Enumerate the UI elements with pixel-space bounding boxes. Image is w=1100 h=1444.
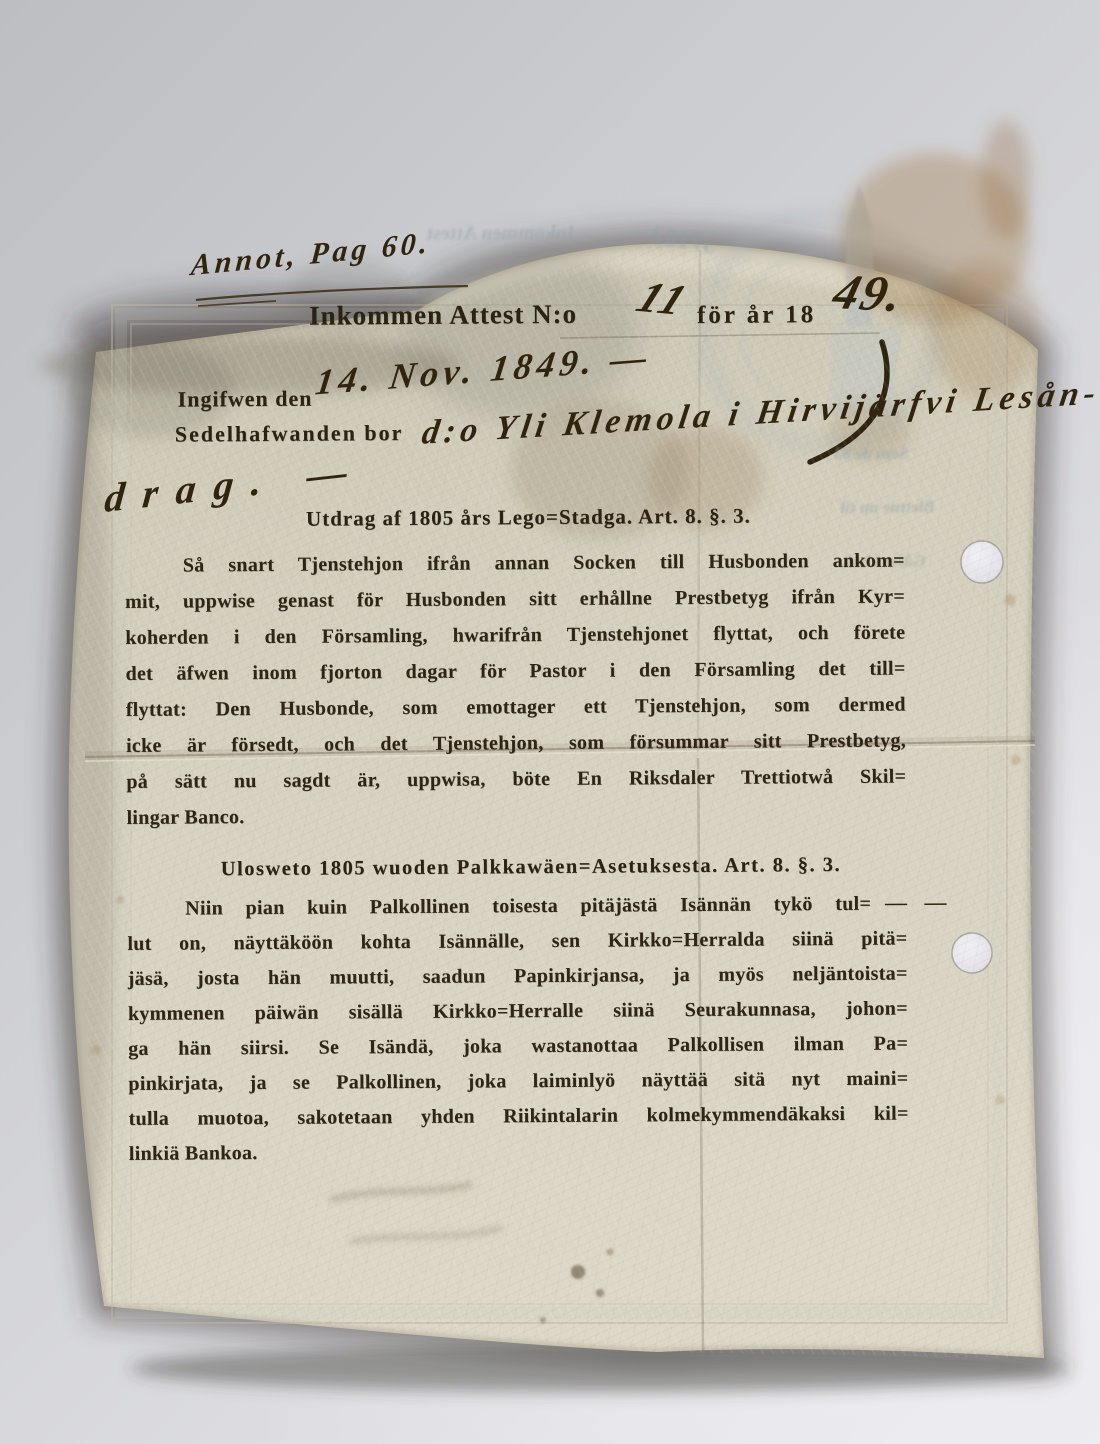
ingifwen-label: Ingifwen den: [178, 386, 313, 413]
swedish-line: flyttat: Den Husbonde, som emottager ett…: [126, 694, 906, 733]
swedish-line: Så snart Tjenstehjon ifrån annan Socken …: [125, 550, 905, 589]
ghost-number-text: 57182: [649, 220, 718, 260]
attest-year-handwritten: 49.: [827, 263, 910, 323]
swedish-line: det äfwen inom fjorton dagar för Pastor …: [125, 658, 905, 697]
photo-of-document: Inkommen Attest 57182 Som de 83 Blettne …: [0, 0, 1100, 1444]
attest-printed-label: Inkommen Attest N:o: [309, 299, 577, 332]
finnish-line: kymmenen päiwän sisällä Kirkko=Herralle …: [128, 998, 908, 1037]
margin-dashes-handwritten: — —: [885, 889, 953, 915]
attest-number-handwritten: 11: [629, 272, 696, 326]
finnish-line: lut on, näyttäköön kohta Isännälle, sen …: [127, 928, 907, 967]
finnish-line: Niin pian kuin Palkollinen toisesta pitä…: [127, 893, 871, 932]
swedish-section-heading: Utdrag af 1805 års Lego=Stadga. Art. 8. …: [178, 503, 878, 533]
swedish-line: icke är försedt, och det Tjenstehjon, so…: [126, 730, 906, 769]
ghost-line-1: Som de 83: [833, 443, 910, 464]
swedish-line: mit, uppwise genast för Husbonden sitt e…: [125, 586, 905, 625]
ghost-header-text: Inkommen Attest: [425, 222, 576, 246]
swedish-line: koherden i den Församling, hwarifrån Tje…: [125, 622, 905, 661]
finnish-line: jäsä, josta hän muutti, saadun Papinkirj…: [128, 963, 908, 1002]
swedish-line: på sätt nu sagdt är, uppwisa, böte En Ri…: [126, 766, 906, 805]
finnish-line: ga hän siirsi. Se Isändä, joka wastanott…: [128, 1033, 908, 1072]
attest-year-prefix: för år 18: [697, 301, 816, 330]
finnish-line: linkiä Bankoa.: [129, 1138, 909, 1177]
ingifwen-date-handwritten: 14. Nov. 1849. —: [313, 335, 654, 403]
sedelhafwanden-label: Sedelhafwanden bor: [175, 420, 404, 448]
swedish-line: lingar Banco.: [126, 802, 906, 841]
document-content: Inkommen Attest 57182 Som de 83 Blettne …: [0, 0, 1100, 1444]
finnish-line: tulla muotoa, sakotetaan yhden Riikintal…: [129, 1103, 909, 1142]
handwritten-top-annotation: Annot, Pag 60.: [190, 226, 433, 283]
finnish-section-heading: Ulosweto 1805 wuoden Palkkawäen=Asetukse…: [151, 853, 911, 881]
finnish-line: pinkirjata, ja se Palkollinen, joka laim…: [128, 1068, 908, 1107]
